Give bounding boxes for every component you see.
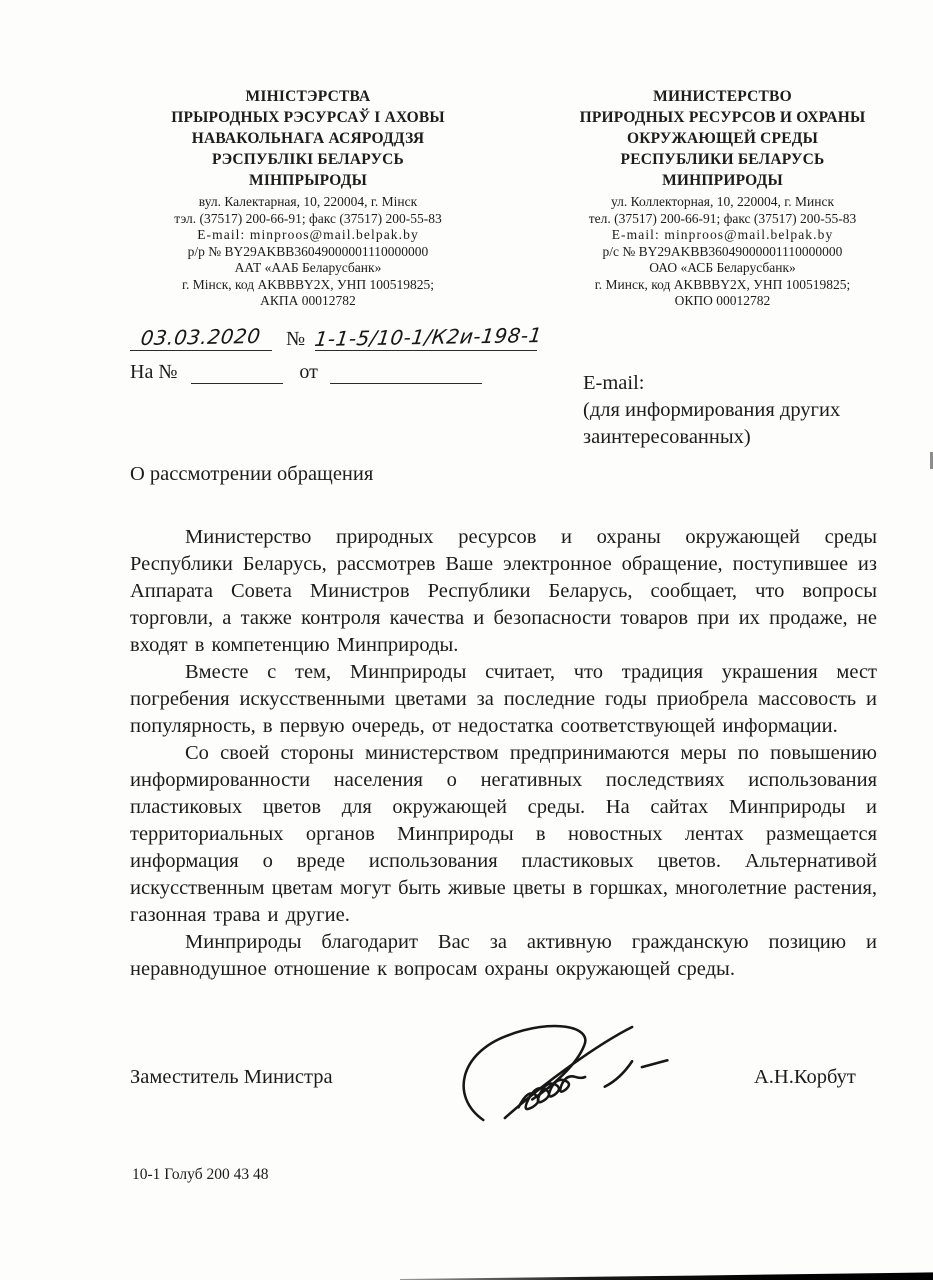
email-note-line: E-mail: [583,370,840,397]
number-blank-line: 1-1-5/10-1/К2и-198-1 [315,325,537,351]
handwritten-date: 03.03.2020 [140,324,263,350]
paragraph: Вместе с тем, Минприроды считает, что тр… [130,659,877,740]
title-line: МИНИСТЕРСТВО [540,86,905,107]
address-line: р/с № BY29AKBB36049000001110000000 [540,244,905,261]
reply-from-label: от [299,361,317,384]
reference-row-reply: На № от [130,351,537,384]
letterhead-belarusian: МІНІСТЭРСТВА ПРЫРОДНЫХ РЭСУРСАЎ І АХОВЫ … [118,86,498,310]
address-line: ул. Коллекторная, 10, 220004, г. Минск [540,194,905,211]
title-line: МИНПРИРОДЫ [540,170,905,191]
paragraph: Со своей стороны министерством предприни… [130,740,877,929]
title-line: МІНІСТЭРСТВА [118,86,498,107]
ministry-title-ru: МИНИСТЕРСТВО ПРИРОДНЫХ РЕСУРСОВ И ОХРАНЫ… [540,86,905,191]
address-line: ОКПО 00012782 [540,293,905,310]
letterhead-russian: МИНИСТЕРСТВО ПРИРОДНЫХ РЕСУРСОВ И ОХРАНЫ… [540,86,905,310]
paragraph: Министерство природных ресурсов и охраны… [130,524,877,659]
number-sign: № [286,328,305,351]
address-line: ААТ «ААБ Беларусбанк» [118,260,498,277]
address-line-email: E-mail: minproos@mail.belpak.by [118,227,498,244]
title-line: ОКРУЖАЮЩЕЙ СРЕДЫ [540,128,905,149]
address-line: тел. (37517) 200-66-91; факс (37517) 200… [540,211,905,228]
title-line: ПРЫРОДНЫХ РЭСУРСАЎ І АХОВЫ [118,107,498,128]
address-line: г. Минск, код AKBBBY2X, УНП 100519825; [540,277,905,294]
address-line: ОАО «АСБ Беларусбанк» [540,260,905,277]
executor-footer: 10-1 Голуб 200 43 48 [132,1166,268,1184]
title-line: НАВАКОЛЬНАГА АСЯРОДДЗЯ [118,128,498,149]
ministry-address-ru: ул. Коллекторная, 10, 220004, г. Минск т… [540,194,905,310]
subject-line: О рассмотрении обращения [130,463,373,486]
scan-artifact-bottom-bar [400,1272,933,1280]
letter-page: МІНІСТЭРСТВА ПРЫРОДНЫХ РЭСУРСАЎ І АХОВЫ … [0,0,933,1280]
reply-number-blank [191,383,283,384]
title-line: МІНПРЫРОДЫ [118,170,498,191]
title-line: РЭСПУБЛІКІ БЕЛАРУСЬ [118,149,498,170]
address-line-email: E-mail: minproos@mail.belpak.by [540,227,905,244]
title-line: ПРИРОДНЫХ РЕСУРСОВ И ОХРАНЫ [540,107,905,128]
ministry-title-by: МІНІСТЭРСТВА ПРЫРОДНЫХ РЭСУРСАЎ І АХОВЫ … [118,86,498,191]
letter-body: Министерство природных ресурсов и охраны… [130,524,877,983]
signer-position: Заместитель Министра [130,1066,333,1089]
reference-row-date: 03.03.2020 № 1-1-5/10-1/К2и-198-1 [130,318,537,351]
ministry-address-by: вул. Калектарная, 10, 220004, г. Мінск т… [118,194,498,310]
paragraph: Минприроды благодарит Вас за активную гр… [130,929,877,983]
signer-name: А.Н.Корбут [754,1066,856,1089]
reply-date-blank [330,383,482,384]
title-line: РЕСПУБЛИКИ БЕЛАРУСЬ [540,149,905,170]
address-line: АКПА 00012782 [118,293,498,310]
handwritten-number: 1-1-5/10-1/К2и-198-1 [313,323,543,351]
address-line: вул. Калектарная, 10, 220004, г. Мінск [118,194,498,211]
address-line: г. Мінск, код AKBBBY2X, УНП 100519825; [118,277,498,294]
reference-block: 03.03.2020 № 1-1-5/10-1/К2и-198-1 На № о… [130,318,537,384]
email-note: E-mail: (для информирования других заинт… [583,370,840,451]
address-line: р/р № BY29AKBB36049000001110000000 [118,244,498,261]
email-note-line: (для информирования других [583,397,840,424]
address-line: тэл. (37517) 200-66-91; факс (37517) 200… [118,211,498,228]
email-note-line: заинтересованных) [583,424,840,451]
reply-prefix: На № [130,361,177,384]
date-blank-line: 03.03.2020 [130,325,272,351]
signature-icon [450,1022,685,1130]
